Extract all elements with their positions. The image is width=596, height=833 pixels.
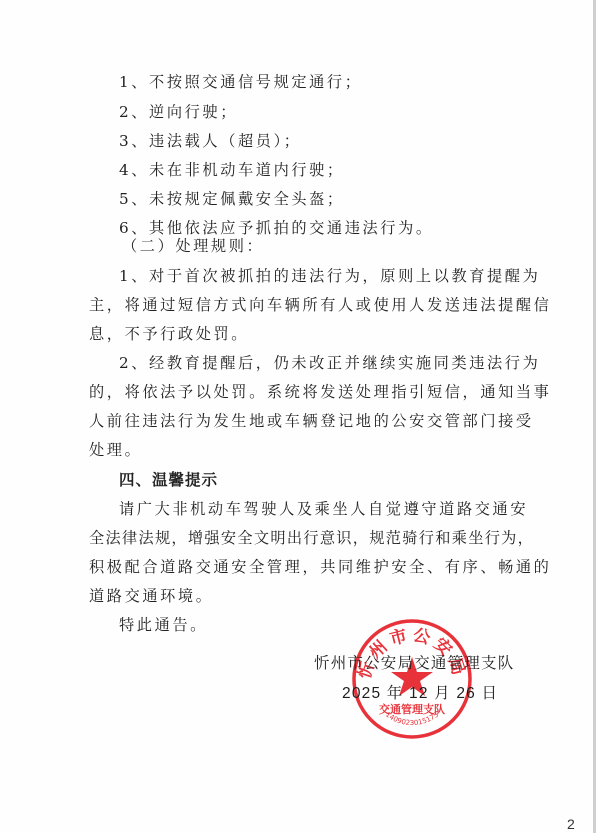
rule-1-line-3: 息，不予行政处罚。 [89, 324, 249, 344]
violation-item-1: 1、不按照交通信号规定通行； [119, 72, 363, 92]
closing-text: 特此通告。 [119, 615, 208, 635]
tips-line-3: 积极配合道路交通安全管理，共同维护安全、有序、畅通的 [89, 557, 551, 577]
tips-line-2: 全法律法规，增强安全文明出行意识，规范骑行和乘坐行为， [89, 528, 534, 548]
rule-2-line-2: 的，将依法予以处罚。系统将发送处理指引短信，通知当事 [89, 382, 551, 402]
rule-1-line-2: 主，将通过短信方式向车辆所有人或使用人发送违法提醒信 [89, 295, 551, 315]
rule-2-line-4: 处理。 [89, 440, 142, 460]
official-seal: 忻州市公安局 交通管理支队 1409023015175 [350, 617, 474, 741]
rule-1-line-1: 1、对于首次被抓拍的违法行为，原则上以教育提醒为 [119, 266, 540, 286]
seal-icon: 忻州市公安局 交通管理支队 1409023015175 [350, 617, 474, 741]
section-4-title: 四、温馨提示 [119, 470, 218, 490]
violation-item-4: 4、未在非机动车道内行驶； [119, 160, 345, 180]
rule-2-line-3: 人前往违法行为发生地或车辆登记地的公安交管部门接受 [89, 411, 534, 431]
rule-2-line-1: 2、经教育提醒后，仍未改正并继续实施同类违法行为 [119, 353, 540, 373]
tips-line-1: 请广大非机动车驾驶人及乘坐人自觉遵守道路交通安 [119, 499, 528, 519]
signature-org: 忻州市公安局交通管理支队 [314, 651, 514, 673]
section-2-title: （二）处理规则： [122, 236, 264, 256]
violation-item-2: 2、逆向行驶； [119, 102, 238, 122]
page-number: 2 [567, 816, 575, 832]
signature-date: 2025 年 12 月 26 日 [342, 681, 498, 703]
tips-line-4: 道路交通环境。 [89, 586, 214, 606]
violation-item-5: 5、未按规定佩戴安全头盔； [119, 189, 345, 209]
violation-item-3: 3、违法载人（超员）； [119, 131, 302, 151]
violation-item-6: 6、其他依法应予抓拍的交通违法行为。 [119, 218, 434, 238]
